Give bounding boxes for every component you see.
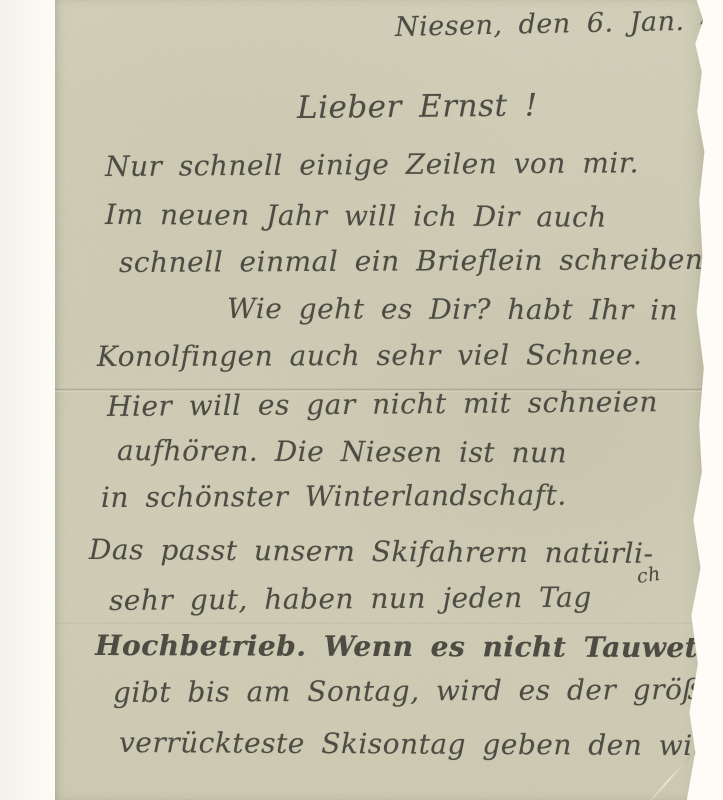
letter-line: sehr gut, haben nun jeden Tag <box>109 581 592 617</box>
letter-line: schnell einmal ein Brieflein schreiben <box>119 243 704 279</box>
letter-line: aufhören. Die Niesen ist nun <box>117 434 567 469</box>
letter-line: in schönster Winterlandschaft. <box>101 479 567 514</box>
letter-line: verrückteste Skisontag geben den wir <box>119 726 707 762</box>
word-wrap-fragment: ch <box>635 563 662 588</box>
scan-background: Niesen, den 6. Jan. 43 Lieber Ernst ! Nu… <box>0 0 723 800</box>
letter-salutation: Lieber Ernst ! <box>297 87 538 126</box>
letter-line: Hier will es gar nicht mit schneien <box>107 385 658 423</box>
fold-crease-faint <box>55 622 707 626</box>
letter-line: Das passt unsern Skifahrern natürli- <box>89 533 654 570</box>
letter-line: Konolfingen auch sehr viel Schnee. <box>97 338 643 373</box>
letter-line: gibt bis am Sontag, wird es der größte <box>113 673 723 709</box>
letter-line: Hochbetrieb. Wenn es nicht Tauwetter <box>95 629 723 664</box>
letter-paper: Niesen, den 6. Jan. 43 Lieber Ernst ! Nu… <box>55 0 707 800</box>
letter-line: Wie geht es Dir? habt Ihr in <box>227 292 678 327</box>
letter-line: Im neuen Jahr will ich Dir auch <box>105 198 607 234</box>
letter-line: Nur schnell einige Zeilen von mir. <box>105 146 639 183</box>
letter-dateline: Niesen, den 6. Jan. 43 <box>395 5 723 43</box>
